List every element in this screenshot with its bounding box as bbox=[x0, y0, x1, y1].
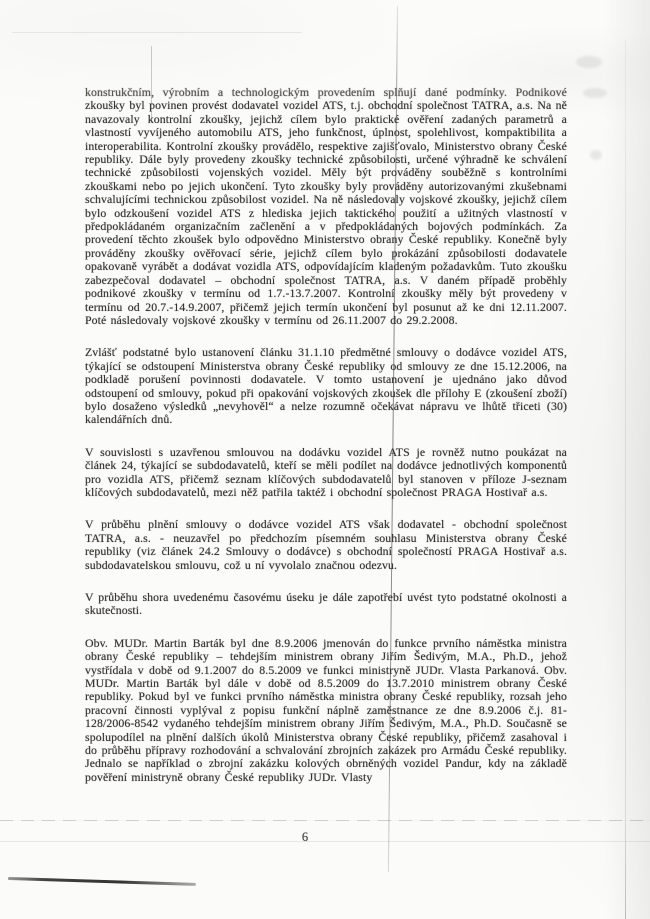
scan-smudge bbox=[590, 150, 602, 160]
dashed-horizontal-scanline bbox=[0, 820, 650, 821]
scan-edge-shadow bbox=[604, 0, 650, 919]
faint-horizontal-scanline bbox=[12, 32, 302, 33]
paragraph-article-31-1-10: Zvlášť podstatné bylo ustanovení článku … bbox=[85, 346, 567, 426]
page-number: 6 bbox=[290, 830, 320, 845]
document-text-block: konstrukčním, výrobním a technologickým … bbox=[85, 86, 567, 803]
bottom-pen-stroke-artifact bbox=[8, 877, 196, 886]
scanned-document-page: konstrukčním, výrobním a technologickým … bbox=[0, 0, 650, 919]
paragraph-praga-hostivar-contract: V průběhu plnění smlouvy o dodávce vozid… bbox=[85, 518, 567, 572]
faint-horizontal-scanline bbox=[0, 841, 650, 842]
scan-smudge bbox=[576, 56, 602, 68]
paragraph-bartak-appointments: Obv. MUDr. Martin Barták byl dne 8.9.200… bbox=[85, 637, 567, 784]
paragraph-testing-process: konstrukčním, výrobním a technologickým … bbox=[85, 86, 567, 327]
paragraph-article-24-subcontractors: V souvislosti s uzavřenou smlouvou na do… bbox=[85, 446, 567, 500]
paragraph-transition-statement: V průběhu shora uvedenému časovému úseku… bbox=[85, 591, 567, 618]
